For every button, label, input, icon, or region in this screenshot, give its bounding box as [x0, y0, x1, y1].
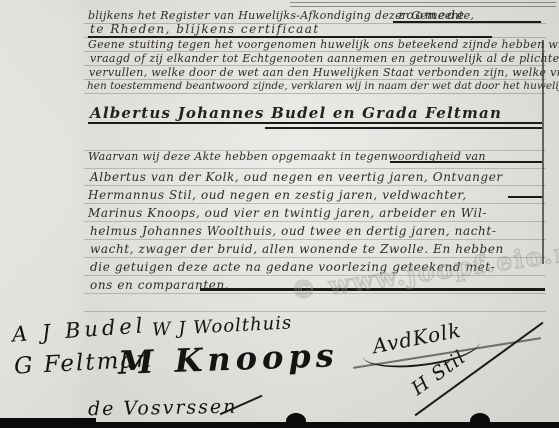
scan-edge-bump: [286, 413, 306, 428]
fill-underline-zoomede: [393, 21, 541, 23]
top-edge-line: [290, 2, 556, 3]
couple-underline-2: [265, 127, 542, 129]
declaration-line: vervullen, welke door de wet aan den Huw…: [89, 66, 559, 79]
scan-edge-band-left: [0, 418, 96, 428]
declaration-line: vraagd of zij elkander tot Echtgenooten …: [90, 52, 559, 65]
signature-registrar: de Vosvrssen: [88, 396, 238, 421]
couple-names-line: Albertus Johannes Budel en Grada Feltman: [90, 104, 502, 122]
intro-line-2: te Rheden, blijkens certificaat: [90, 22, 320, 36]
line-end-dash: [508, 196, 542, 198]
document-scan: blijkens het Register van Huwelijks-Afko…: [0, 0, 559, 428]
scan-edge-bump: [470, 413, 490, 428]
signature-budel: A J Budel: [11, 313, 147, 346]
witness-line: wacht, zwager der bruid, allen wonende t…: [90, 242, 504, 256]
intro-line-1-fill: zoomede: [398, 8, 466, 22]
declaration-line: hen toestemmend beantwoord zijnde, verkl…: [87, 80, 559, 92]
declaration-line: Geene stuiting tegen het voorgenomen huw…: [88, 38, 559, 51]
top-edge-line-2: [290, 6, 556, 7]
witness-line: helmus Johannes Woolthuis, oud twee en d…: [90, 224, 496, 238]
couple-underline-1: [88, 122, 542, 124]
witness-line: Albertus van der Kolk, oud negen en veer…: [90, 170, 503, 184]
signature-woolthuis: W J Woolthuis: [152, 312, 293, 340]
heading-fill-line: [390, 161, 542, 163]
witness-line: Marinus Knoops, oud vier en twintig jare…: [88, 206, 487, 220]
witness-line: Hermannus Stil, oud negen en zestig jare…: [88, 188, 467, 202]
signature-knoops: M Knoops: [117, 336, 339, 382]
